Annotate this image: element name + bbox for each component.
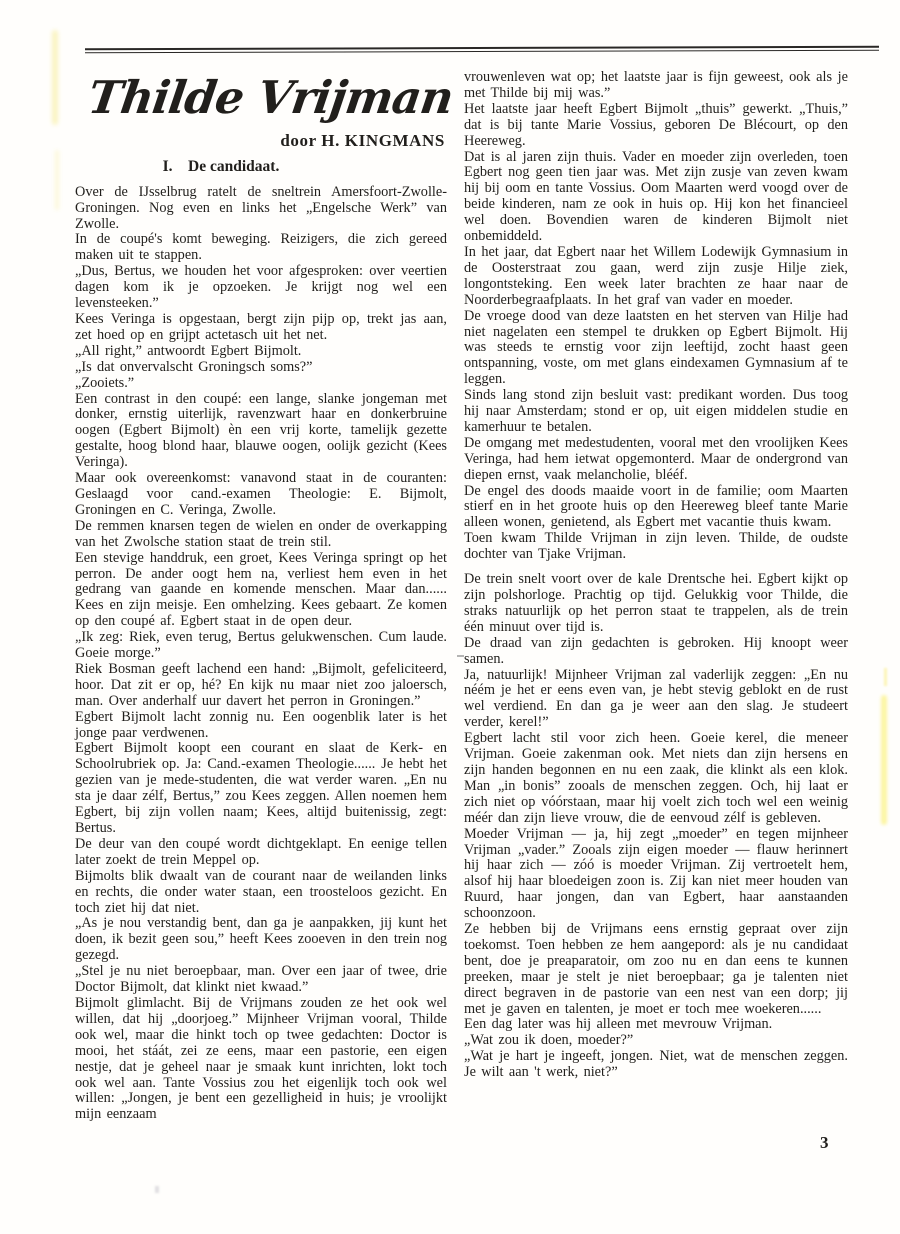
scan-streak-artifact [52,30,58,125]
paragraph: De omgang met medestudenten, vooral met … [464,436,848,484]
paragraph: De draad van zijn gedachten is gebroken.… [464,636,848,668]
paragraph: Bijmolt glimlacht. Bij de Vrijmans zoude… [75,996,447,1123]
double-rule-divider [85,46,879,53]
paragraph: Over de IJsselbrug ratelt de sneltrein A… [75,185,447,233]
paragraph: Bijmolts blik dwaalt van de courant naar… [75,869,447,917]
paragraph: Dat is al jaren zijn thuis. Vader en moe… [464,150,848,245]
paragraph: De engel des doods maaide voort in de fa… [464,484,848,532]
paragraph: „All right,” antwoordt Egbert Bijmolt. [75,344,447,360]
page-number: 3 [820,1133,829,1153]
scan-speck-artifact [155,1186,159,1193]
paragraph: „Wat je hart je ingeeft, jongen. Niet, w… [464,1049,848,1081]
author-byline: door H. KINGMANS [75,131,447,151]
paragraph: In de coupé's komt beweging. Reizigers, … [75,232,447,264]
paragraph: „Stel je nu niet beroepbaar, man. Over e… [75,964,447,996]
paragraph: Sinds lang stond zijn besluit vast: pred… [464,388,848,436]
paragraph: De remmen knarsen tegen de wielen en ond… [75,519,447,551]
paragraph: Ja, natuurlijk! Mijnheer Vrijman zal vad… [464,668,848,732]
paragraph: De deur van den coupé wordt dichtgeklapt… [75,837,447,869]
scan-streak-artifact [884,668,887,686]
chapter-heading: I. De candidaat. [75,158,367,176]
paragraph: Een dag later was hij alleen met mevrouw… [464,1017,848,1033]
paragraph: Maar ook overeenkomst: vanavond staat in… [75,471,447,519]
paragraph: Een stevige handdruk, een groet, Kees Ve… [75,551,447,631]
paragraph: Kees Veringa is opgestaan, bergt zijn pi… [75,312,447,344]
paragraph: Een contrast in den coupé: een lange, sl… [75,392,447,472]
right-column: vrouwenleven wat op; het laatste jaar is… [464,58,848,1123]
paragraph: Riek Bosman geeft lachend een hand: „Bij… [75,662,447,710]
two-column-text: Thilde Vrijman door H. KINGMANS I. De ca… [75,58,848,1123]
scanned-book-page: Thilde Vrijman door H. KINGMANS I. De ca… [0,0,900,1234]
paragraph: De trein snelt voort over de kale Drents… [464,572,848,636]
paragraph: In het jaar, dat Egbert naar het Willem … [464,245,848,309]
paragraph: Het laatste jaar heeft Egbert Bijmolt „t… [464,102,848,150]
paragraph: „Is dat onvervalscht Groningsch soms?” [75,360,447,376]
paragraph: Egbert Bijmolt koopt een courant en slaa… [75,741,447,836]
page-title: Thilde Vrijman [85,72,454,124]
left-column: Thilde Vrijman door H. KINGMANS I. De ca… [75,58,447,1123]
paragraph: „Dus, Bertus, we houden het voor afgespr… [75,264,447,312]
paragraph: „Zooiets.” [75,376,447,392]
paragraph: Egbert lacht stil voor zich heen. Goeie … [464,731,848,826]
paragraph: Egbert Bijmolt lacht zonnig nu. Een ooge… [75,710,447,742]
paragraph: De vroege dood van deze laatsten en het … [464,309,848,389]
paragraph: vrouwenleven wat op; het laatste jaar is… [464,70,848,102]
paragraph: Ze hebben bij de Vrijmans eens ernstig g… [464,922,848,1017]
paragraph: „Ik zeg: Riek, even terug, Bertus gelukw… [75,630,447,662]
paragraph: „Wat zou ik doen, moeder?” [464,1033,848,1049]
paragraph: Moeder Vrijman — ja, hij zegt „moeder” e… [464,827,848,922]
scan-streak-artifact [881,695,887,825]
scan-streak-artifact [55,150,59,210]
paragraph: Toen kwam Thilde Vrijman in zijn leven. … [464,531,848,563]
paragraph: „As je nou verstandig bent, dan ga je aa… [75,916,447,964]
